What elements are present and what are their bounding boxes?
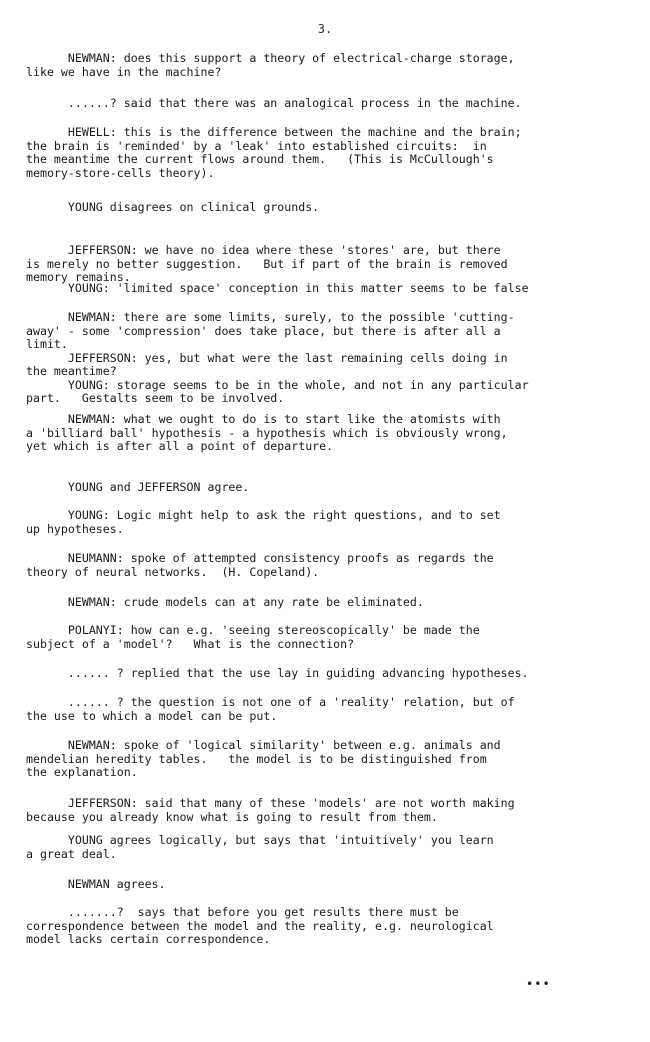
text-line: YOUNG and JEFFERSON agree. [26,481,626,495]
text-line: NEUMANN: spoke of attempted consistency … [26,552,626,566]
text-line: the explanation. [26,766,626,780]
text-line: NEWMAN: there are some limits, surely, t… [26,311,626,325]
paragraph: NEWMAN: crude models can at any rate be … [26,596,626,610]
paragraph: NEWMAN: does this support a theory of el… [26,52,626,79]
text-line: the brain is 'reminded' by a 'leak' into… [26,140,626,154]
text-line: a great deal. [26,848,626,862]
text-line: NEWMAN: crude models can at any rate be … [26,596,626,610]
text-line: YOUNG: storage seems to be in the whole,… [26,379,626,393]
text-line: up hypotheses. [26,523,626,537]
paragraph: .......? says that before you get result… [26,906,626,947]
text-line: theory of neural networks. (H. Copeland)… [26,566,626,580]
paragraph: NEWMAN: there are some limits, surely, t… [26,311,626,406]
text-line: YOUNG: 'limited space' conception in thi… [26,282,626,296]
text-line: POLANYI: how can e.g. 'seeing stereoscop… [26,624,626,638]
paragraph: ...... ? the question is not one of a 'r… [26,696,626,723]
text-line: the meantime? [26,365,626,379]
text-line: .......? says that before you get result… [26,906,626,920]
paragraph: NEWMAN agrees. [26,878,626,892]
paragraph: HEWELL: this is the difference between t… [26,126,626,180]
text-line: like we have in the machine? [26,66,626,80]
text-line: NEWMAN agrees. [26,878,626,892]
paragraph: NEWMAN: what we ought to do is to start … [26,413,626,454]
text-line: JEFFERSON: we have no idea where these '… [26,244,626,258]
text-line: is merely no better suggestion. But if p… [26,258,626,272]
text-line: YOUNG disagrees on clinical grounds. [26,201,626,215]
text-line: because you already know what is going t… [26,811,626,825]
paragraph: ......? said that there was an analogica… [26,97,626,111]
text-line: subject of a 'model'? What is the connec… [26,638,626,652]
text-line: model lacks certain correspondence. [26,933,626,947]
text-line: NEWMAN: spoke of 'logical similarity' be… [26,739,626,753]
text-line: YOUNG agrees logically, but says that 'i… [26,834,626,848]
text-line: part. Gestalts seem to be involved. [26,392,626,406]
document-page: 3. NEWMAN: does this support a theory of… [0,0,650,1042]
paragraph: YOUNG: Logic might help to ask the right… [26,509,626,536]
text-line: ...... ? the question is not one of a 'r… [26,696,626,710]
text-line: the use to which a model can be put. [26,710,626,724]
text-line: memory-store-cells theory). [26,167,626,181]
text-line: ......? said that there was an analogica… [26,97,626,111]
paragraph: YOUNG disagrees on clinical grounds. [26,201,626,215]
paragraph: POLANYI: how can e.g. 'seeing stereoscop… [26,624,626,651]
text-line: ...... ? replied that the use lay in gui… [26,667,626,681]
text-line: mendelian heredity tables. the model is … [26,753,626,767]
paragraph: JEFFERSON: said that many of these 'mode… [26,797,626,824]
paragraph: NEUMANN: spoke of attempted consistency … [26,552,626,579]
page-number: 3. [0,23,650,37]
continuation-mark: ••• [526,978,551,992]
text-line: correspondence between the model and the… [26,920,626,934]
paragraph: ...... ? replied that the use lay in gui… [26,667,626,681]
paragraph: YOUNG agrees logically, but says that 'i… [26,834,626,861]
text-line: NEWMAN: does this support a theory of el… [26,52,626,66]
text-line: yet which is after all a point of depart… [26,440,626,454]
text-line: a 'billiard ball' hypothesis - a hypothe… [26,427,626,441]
paragraph: JEFFERSON: we have no idea where these '… [26,244,626,285]
text-line: JEFFERSON: said that many of these 'mode… [26,797,626,811]
text-line: JEFFERSON: yes, but what were the last r… [26,352,626,366]
text-line: HEWELL: this is the difference between t… [26,126,626,140]
text-line: away' - some 'compression' does take pla… [26,325,626,339]
text-line: limit. [26,338,626,352]
paragraph: YOUNG: 'limited space' conception in thi… [26,282,626,296]
text-line: NEWMAN: what we ought to do is to start … [26,413,626,427]
text-line: the meantime the current flows around th… [26,153,626,167]
paragraph: YOUNG and JEFFERSON agree. [26,481,626,495]
text-line: YOUNG: Logic might help to ask the right… [26,509,626,523]
paragraph: NEWMAN: spoke of 'logical similarity' be… [26,739,626,780]
